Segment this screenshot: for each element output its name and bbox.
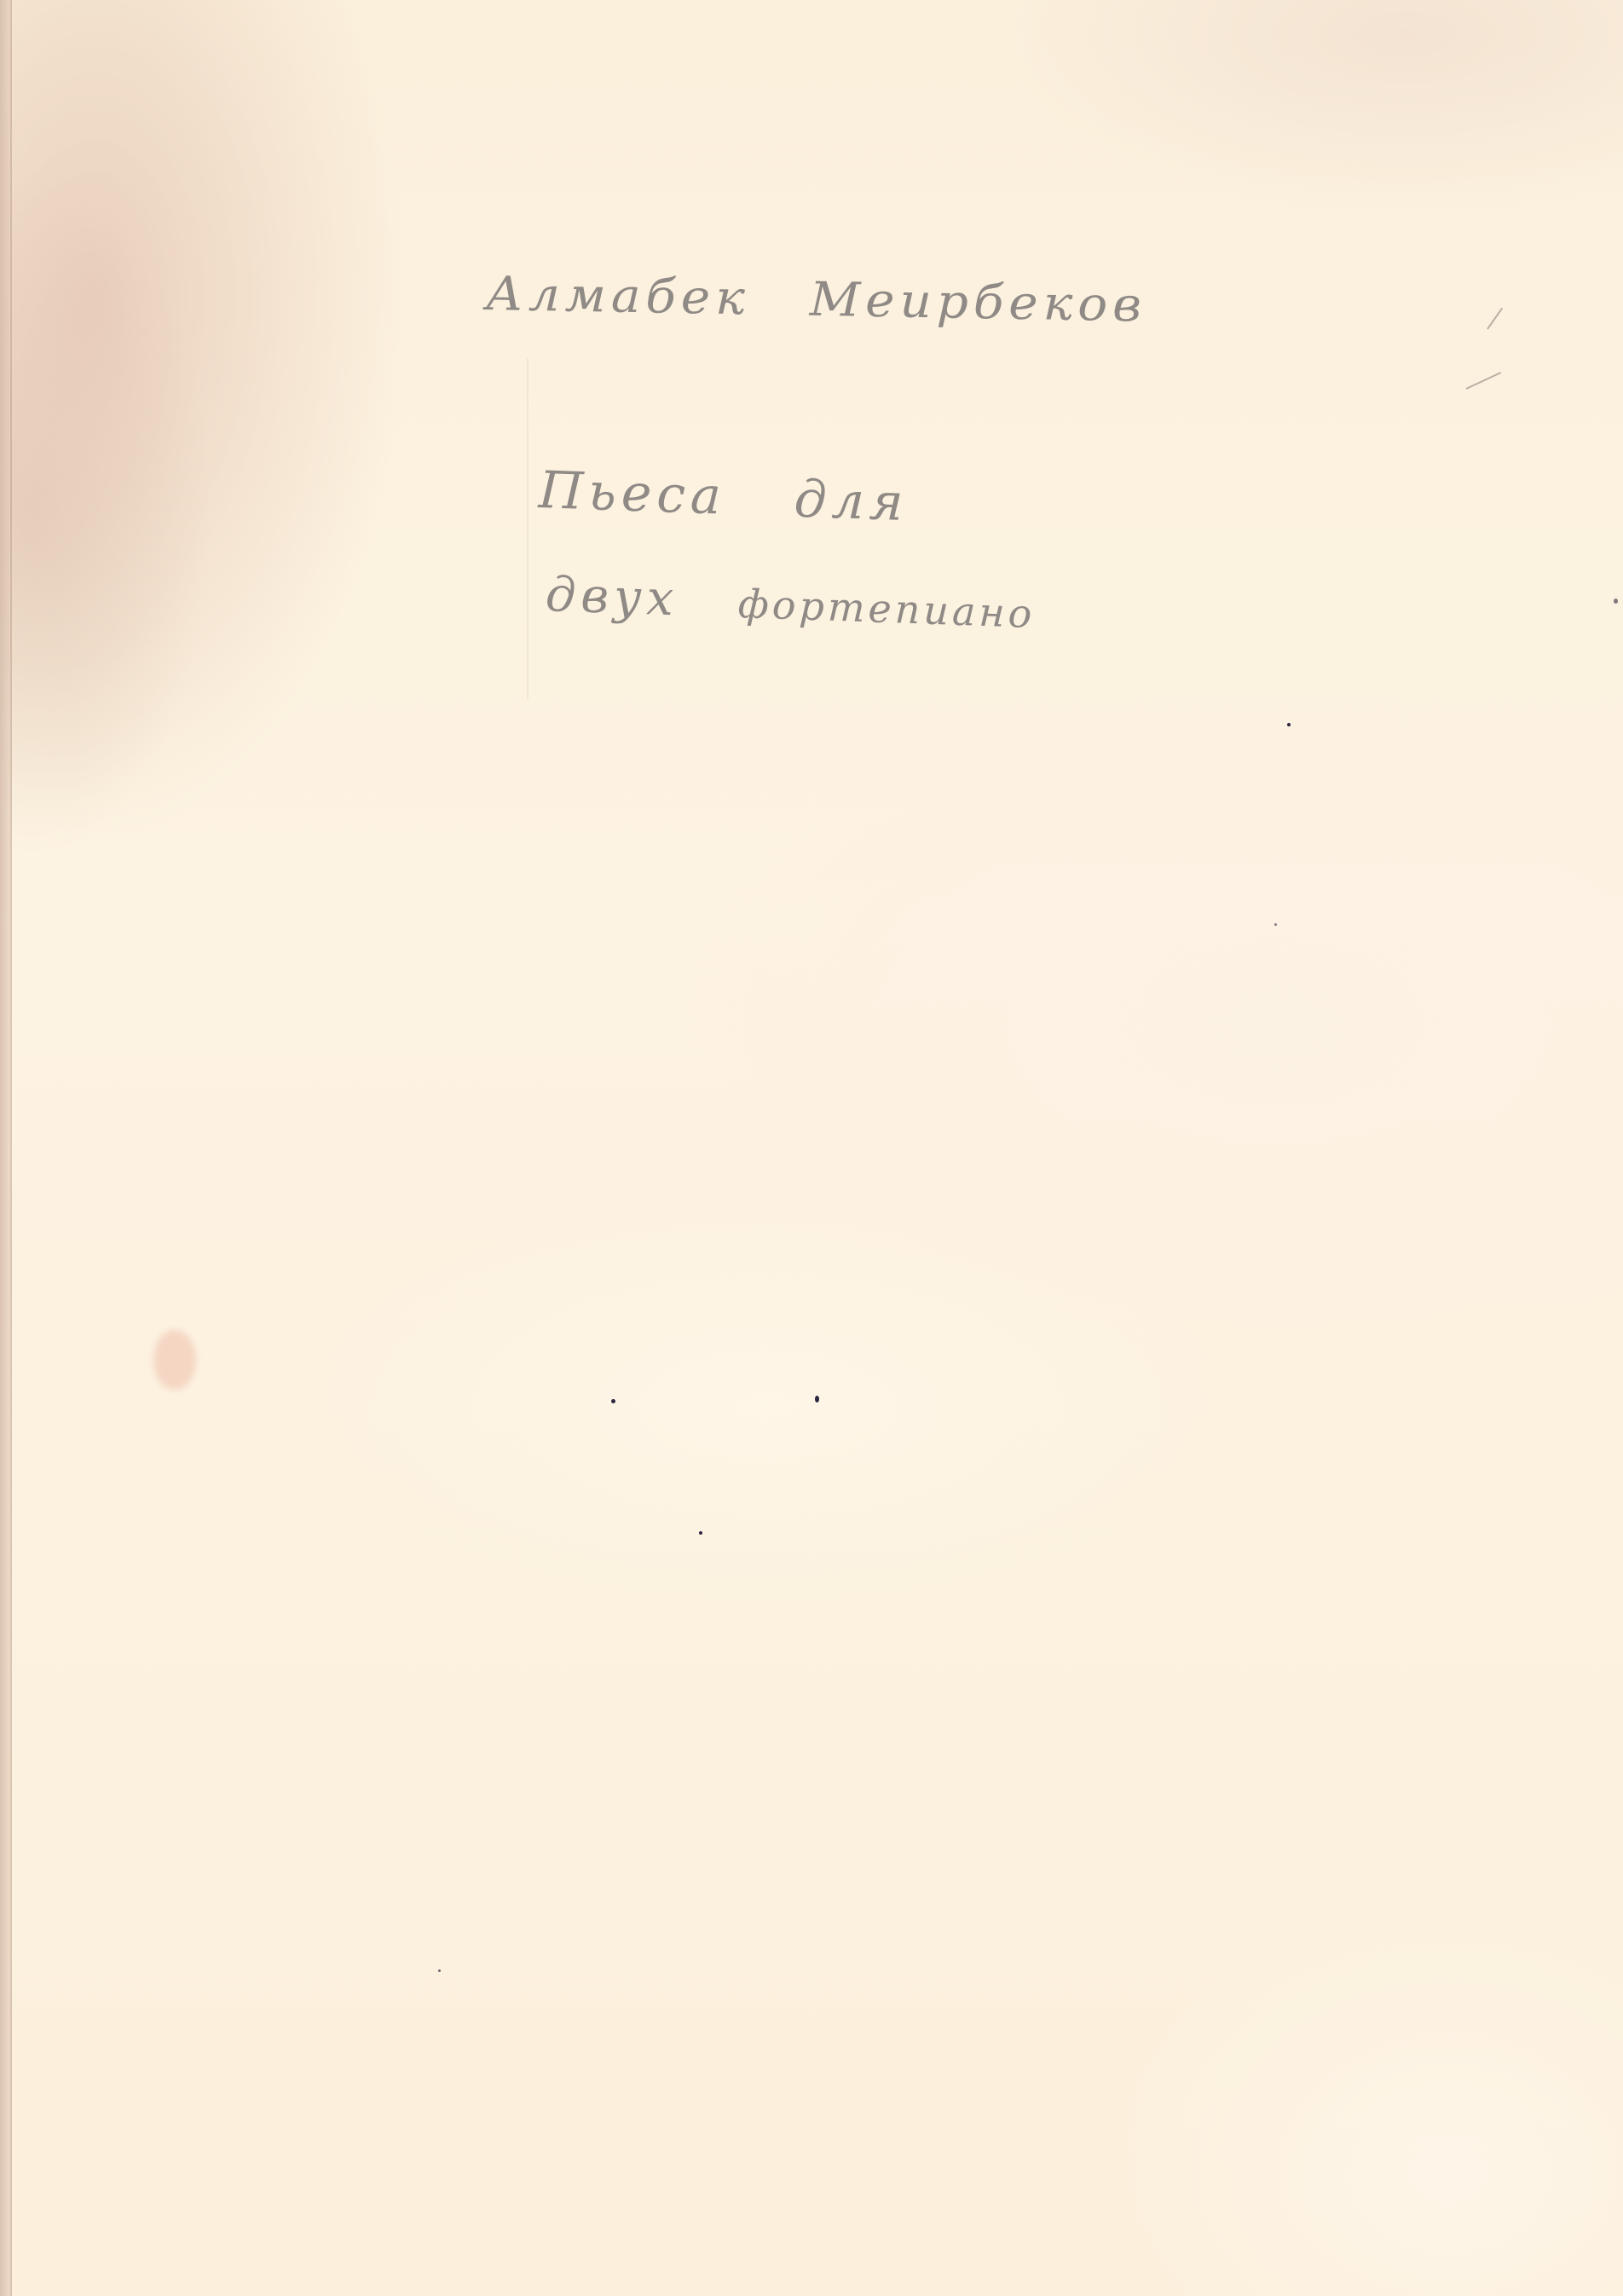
- author-last-name: Меирбеков: [809, 271, 1146, 332]
- paper-speck: [699, 1531, 702, 1535]
- faint-margin-line: [527, 358, 528, 699]
- author-name: АлмабекМеирбеков: [485, 266, 1146, 333]
- title-line-2: двухфортепиано: [545, 567, 1037, 639]
- paper-stain: [153, 1330, 196, 1390]
- title-word-piece: Пьеса: [538, 460, 727, 527]
- page-edge-line: [10, 0, 12, 2296]
- paper-scratch-mark: [1487, 308, 1503, 330]
- paper-speck: [815, 1396, 819, 1402]
- title-word-two: двух: [545, 567, 679, 627]
- paper-speck: [438, 1969, 441, 1972]
- paper-speck: [1287, 723, 1291, 726]
- author-first-name: Алмабек: [485, 266, 750, 326]
- paper-speck: [1614, 599, 1618, 604]
- binding-shadow: [0, 0, 10, 2296]
- title-word-pianos: фортепиано: [737, 581, 1036, 637]
- title-word-for: для: [793, 469, 909, 533]
- title-line-1: Пьесадля: [538, 460, 910, 533]
- manuscript-page: АлмабекМеирбеков Пьесадля двухфортепиано: [0, 0, 1623, 2296]
- paper-speck: [611, 1399, 615, 1403]
- paper-speck: [1274, 923, 1277, 926]
- paper-scratch-mark: [1466, 372, 1502, 390]
